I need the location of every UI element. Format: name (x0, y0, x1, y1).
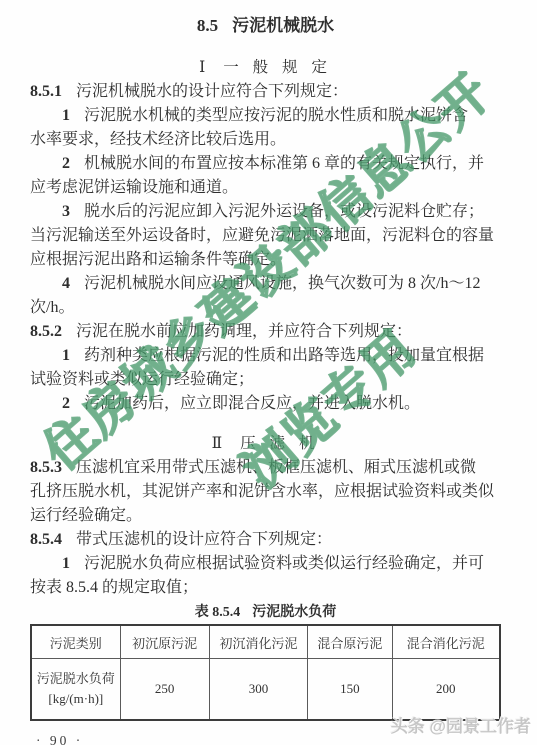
item-text: 污泥脱水负荷应根据试验资料或类似运行经验确定，并可 按表 8.5.4 的规定取值… (30, 555, 484, 596)
clause-text: 污泥在脱水前应加药调理，并应符合下列规定： (76, 323, 412, 340)
row-label-line1: 污泥脱水负荷 (36, 669, 116, 689)
subsection-numeral-1: Ⅰ (199, 59, 205, 76)
item-number: 1 (62, 555, 70, 572)
page-content: 8.5污泥机械脱水 Ⅰ一 般 规 定 8.5.1污泥机械脱水的设计应符合下列规定… (0, 0, 537, 745)
clause-8-5-2-item-1: 1药剂种类应根据污泥的性质和出路等选用，投加量宜根据 试验资料或类似运行经验确定… (30, 344, 501, 392)
sludge-dewatering-load-table: 污泥类别 初沉原污泥 初沉消化污泥 混合原污泥 混合消化污泥 污泥脱水负荷 [k… (30, 624, 501, 721)
clause-8-5-2: 8.5.2污泥在脱水前应加药调理，并应符合下列规定： (30, 320, 501, 344)
clause-8-5-1: 8.5.1污泥机械脱水的设计应符合下列规定： (30, 80, 501, 104)
section-title-text: 污泥机械脱水 (232, 16, 334, 35)
table-header-cell: 初沉原污泥 (120, 625, 209, 659)
item-text: 污泥脱水机械的类型应按污泥的脱水性质和脱水泥饼含 水率要求，经技术经济比较后选用… (30, 107, 468, 148)
row-label-line2: [kg/(m·h)] (36, 689, 116, 709)
table-caption: 表 8.5.4污泥脱水负荷 (30, 602, 501, 624)
clause-8-5-4-item-1: 1污泥脱水负荷应根据试验资料或类似运行经验确定，并可 按表 8.5.4 的规定取… (30, 552, 501, 600)
table-value-cell: 250 (120, 659, 209, 721)
clause-number: 8.5.3 (30, 459, 62, 476)
table-row: 污泥脱水负荷 [kg/(m·h)] 250 300 150 200 (31, 659, 500, 721)
subsection-label-1: 一 般 规 定 (223, 59, 332, 76)
clause-text: 污泥机械脱水的设计应符合下列规定： (76, 83, 348, 100)
clause-text: 带式压滤机的设计应符合下列规定： (76, 531, 332, 548)
clause-8-5-2-item-2: 2污泥加药后，应立即混合反应，并进入脱水机。 (30, 392, 501, 416)
clause-8-5-1-item-3: 3脱水后的污泥应卸入污泥外运设备，或设污泥料仓贮存； 当污泥输送至外运设备时，应… (30, 200, 501, 272)
item-number: 2 (62, 155, 70, 172)
subsection-heading-1: Ⅰ一 般 规 定 (30, 56, 501, 80)
table-value-cell: 150 (308, 659, 392, 721)
clause-8-5-3: 8.5.3压滤机宜采用带式压滤机、板框压滤机、厢式压滤机或微 孔挤压脱水机，其泥… (30, 456, 501, 528)
item-text: 污泥机械脱水间应设通风设施，换气次数可为 8 次/h～12 次/h。 (30, 275, 480, 316)
table-header-row: 污泥类别 初沉原污泥 初沉消化污泥 混合原污泥 混合消化污泥 (31, 625, 500, 659)
item-number: 1 (62, 107, 70, 124)
table-value-cell: 200 (392, 659, 500, 721)
item-number: 3 (62, 203, 70, 220)
item-text: 脱水后的污泥应卸入污泥外运设备，或设污泥料仓贮存； 当污泥输送至外运设备时，应避… (30, 203, 494, 268)
clause-number: 8.5.1 (30, 83, 62, 100)
item-number: 2 (62, 395, 70, 412)
table-header-cell: 混合消化污泥 (392, 625, 500, 659)
table-caption-text: 污泥脱水负荷 (252, 605, 336, 620)
table-header-cell: 混合原污泥 (308, 625, 392, 659)
item-number: 1 (62, 347, 70, 364)
section-number: 8.5 (197, 16, 218, 35)
page-title: 8.5污泥机械脱水 (30, 12, 501, 40)
item-text: 机械脱水间的布置应按本标准第 6 章的有关规定执行，并 应考虑泥饼运输设施和通道… (30, 155, 484, 196)
subsection-numeral-2: Ⅱ (212, 435, 223, 452)
subsection-heading-2: Ⅱ压 滤 机 (30, 432, 501, 456)
page-number: · 90 · (36, 733, 501, 745)
document-page: 8.5污泥机械脱水 Ⅰ一 般 规 定 8.5.1污泥机械脱水的设计应符合下列规定… (0, 0, 537, 745)
subsection-label-2: 压 滤 机 (240, 435, 319, 452)
table-header-cell: 初沉消化污泥 (209, 625, 307, 659)
table-caption-number: 表 8.5.4 (195, 605, 241, 620)
table-row-label: 污泥脱水负荷 [kg/(m·h)] (31, 659, 120, 721)
clause-8-5-1-item-2: 2机械脱水间的布置应按本标准第 6 章的有关规定执行，并 应考虑泥饼运输设施和通… (30, 152, 501, 200)
clause-text: 压滤机宜采用带式压滤机、板框压滤机、厢式压滤机或微 孔挤压脱水机，其泥饼产率和泥… (30, 459, 494, 524)
clause-number: 8.5.4 (30, 531, 62, 548)
clause-number: 8.5.2 (30, 323, 62, 340)
clause-8-5-1-item-1: 1污泥脱水机械的类型应按污泥的脱水性质和脱水泥饼含 水率要求，经技术经济比较后选… (30, 104, 501, 152)
item-number: 4 (62, 275, 70, 292)
table-header-cell: 污泥类别 (31, 625, 120, 659)
item-text: 药剂种类应根据污泥的性质和出路等选用，投加量宜根据 试验资料或类似运行经验确定； (30, 347, 484, 388)
table-value-cell: 300 (209, 659, 307, 721)
clause-8-5-1-item-4: 4污泥机械脱水间应设通风设施，换气次数可为 8 次/h～12 次/h。 (30, 272, 501, 320)
item-text: 污泥加药后，应立即混合反应，并进入脱水机。 (84, 395, 420, 412)
clause-8-5-4: 8.5.4带式压滤机的设计应符合下列规定： (30, 528, 501, 552)
